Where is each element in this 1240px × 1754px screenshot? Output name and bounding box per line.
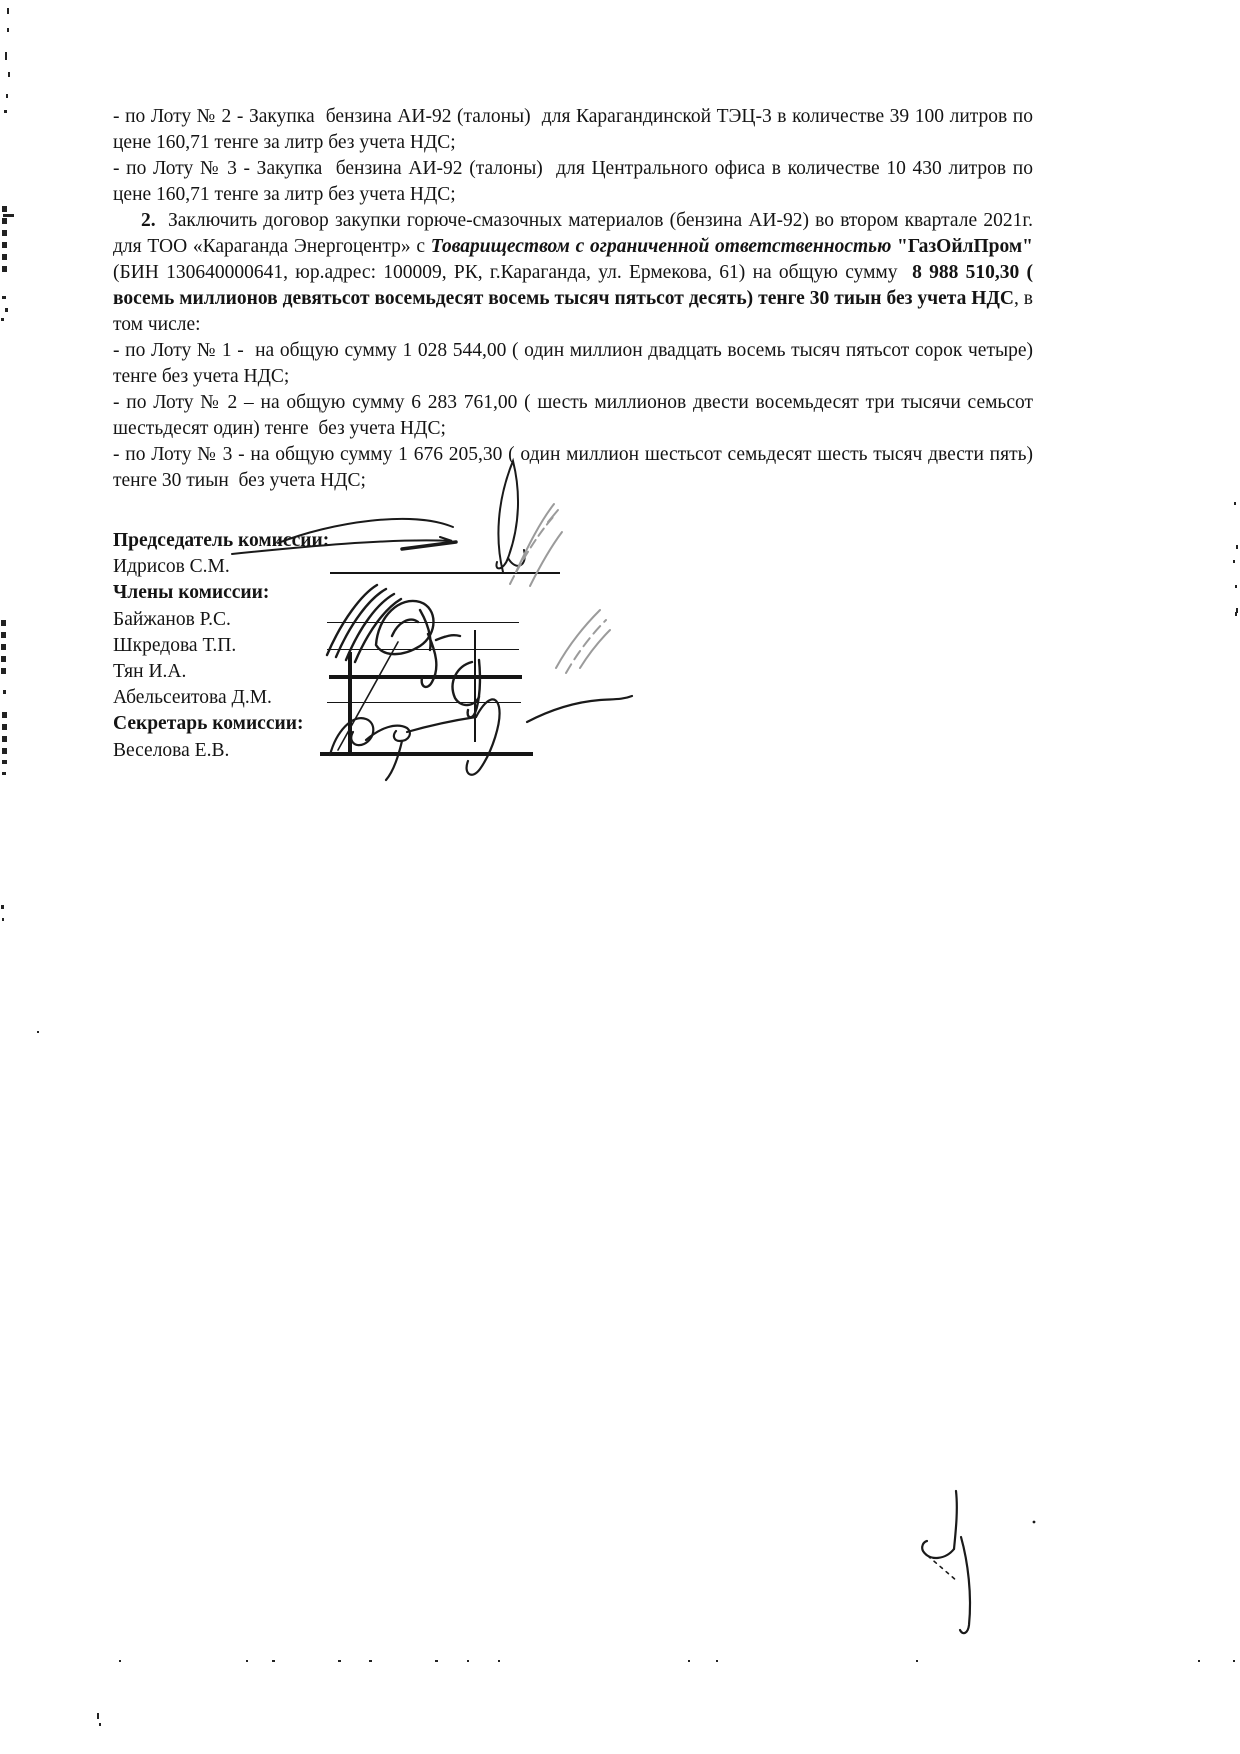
- scan-artifact: [916, 1660, 918, 1662]
- member-name: Байжанов Р.С.: [113, 607, 329, 633]
- scan-artifact: [1, 318, 4, 321]
- signature-rule-line: [329, 675, 522, 679]
- paragraph-lot3-sum: - по Лоту № 3 - на общую сумму 1 676 205…: [113, 442, 1033, 494]
- scan-artifact: [246, 1660, 248, 1662]
- scan-artifact: [7, 8, 9, 14]
- scan-artifact: [435, 1660, 438, 1662]
- scan-artifact: [7, 28, 9, 32]
- document-body-text: - по Лоту № 2 - Закупка бензина АИ-92 (т…: [113, 104, 1033, 494]
- signature-block: Председатель комиссии: Идрисов С.М. Член…: [113, 528, 329, 764]
- chairman-name: Идрисов С.М.: [113, 554, 329, 580]
- signature-rule-line: [474, 630, 476, 742]
- scan-artifact: [2, 772, 6, 775]
- scan-artifact: [5, 52, 7, 60]
- members-label: Члены комиссии:: [113, 580, 329, 606]
- item2-supplier-name: "ГазОйлПром": [891, 236, 1033, 257]
- scan-artifact: [6, 94, 8, 98]
- scan-artifact: [338, 1660, 341, 1662]
- scan-artifact: [8, 72, 10, 77]
- item2-text-mid: (БИН 130640000641, юр.адрес: 100009, РК,…: [113, 262, 912, 283]
- scan-artifact: [4, 110, 7, 113]
- paragraph-lot2-purchase: - по Лоту № 2 - Закупка бензина АИ-92 (т…: [113, 104, 1033, 156]
- scan-artifact: [1233, 1660, 1235, 1662]
- paragraph-lot2-sum: - по Лоту № 2 – на общую сумму 6 283 761…: [113, 390, 1033, 442]
- scan-artifact: [37, 1031, 39, 1033]
- scan-artifact: [2, 296, 6, 299]
- scan-artifact: [1234, 502, 1236, 505]
- scan-artifact: [1235, 612, 1237, 616]
- item2-supplier-form: Товариществом с ограниченной ответственн…: [431, 236, 892, 257]
- scan-artifact: [5, 308, 8, 312]
- secretary-signature: [330, 696, 632, 780]
- item2-number: 2.: [141, 210, 156, 231]
- scan-artifact: [369, 1660, 372, 1662]
- signature-rule-line: [327, 649, 519, 650]
- scan-artifact: [97, 1713, 99, 1719]
- secretary-name: Веселова Е.В.: [113, 738, 329, 764]
- member-name: Абельсеитова Д.М.: [113, 685, 329, 711]
- member-name: Шкредова Т.П.: [113, 633, 329, 659]
- scan-artifact: [3, 690, 6, 694]
- paragraph-item2-contract: 2. Заключить договор закупки горюче-смаз…: [113, 208, 1033, 338]
- scan-artifact: [1233, 560, 1235, 563]
- paragraph-lot3-purchase: - по Лоту № 3 - Закупка бензина АИ-92 (т…: [113, 156, 1033, 208]
- scan-artifact: [2, 918, 4, 921]
- scan-artifact: [99, 1723, 101, 1726]
- scan-artifact: [1, 905, 4, 909]
- member-name: Тян И.А.: [113, 659, 329, 685]
- chairman-label: Председатель комиссии:: [113, 528, 329, 554]
- scan-artifact: [716, 1660, 718, 1662]
- scan-artifact: [1198, 1660, 1200, 1662]
- secretary-label: Секретарь комиссии:: [113, 711, 329, 737]
- scan-artifact: [2, 206, 7, 272]
- scan-artifact: [1, 620, 6, 678]
- signature-rule-line: [330, 572, 560, 574]
- signature-rule-line: [348, 652, 352, 756]
- scan-artifact: [1235, 585, 1237, 588]
- faint-signature: [510, 504, 610, 673]
- bottom-pen-mark: [922, 1491, 1035, 1633]
- scan-artifact: [688, 1660, 690, 1662]
- scan-artifact: [467, 1660, 469, 1662]
- signature-rule-line: [327, 622, 519, 623]
- scan-artifact: [498, 1660, 500, 1662]
- scanned-document-page: - по Лоту № 2 - Закупка бензина АИ-92 (т…: [0, 0, 1240, 1754]
- signature-rule-line: [327, 702, 521, 703]
- scan-artifact: [1236, 545, 1238, 549]
- scan-artifact: [2, 712, 7, 764]
- scan-artifact: [272, 1660, 275, 1662]
- scan-artifact: [119, 1660, 121, 1662]
- paragraph-lot1-sum: - по Лоту № 1 - на общую сумму 1 028 544…: [113, 338, 1033, 390]
